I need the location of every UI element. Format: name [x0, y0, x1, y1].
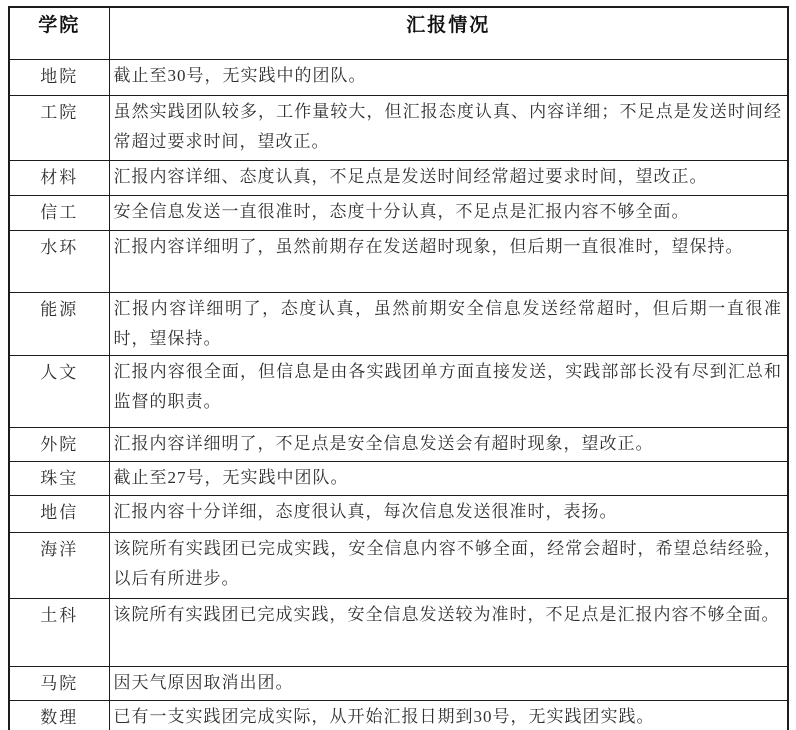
- college-cell: 人文: [9, 355, 109, 427]
- table-row: 材料 汇报内容详细、态度认真，不足点是发送时间经常超过要求时间，望改正。: [9, 160, 788, 195]
- college-cell: 马院: [9, 666, 109, 700]
- table-row: 地院 截止至30号，无实践中的团队。: [9, 59, 788, 95]
- report-cell: 汇报内容详细明了，虽然前期存在发送超时现象，但后期一直很准时，望保持。: [109, 230, 788, 292]
- report-cell: 该院所有实践团已完成实践，安全信息发送较为准时，不足点是汇报内容不够全面。: [109, 598, 788, 666]
- table-row: 能源 汇报内容详细明了，态度认真，虽然前期安全信息发送经常超时，但后期一直很准时…: [9, 292, 788, 355]
- table-row: 海洋 该院所有实践团已完成实践，安全信息内容不够全面，经常会超时，希望总结经验，…: [9, 532, 788, 598]
- college-cell: 地院: [9, 59, 109, 95]
- report-cell: 汇报内容详细明了，态度认真，虽然前期安全信息发送经常超时，但后期一直很准时，望保…: [109, 292, 788, 355]
- table-row: 外院 汇报内容详细明了，不足点是安全信息发送会有超时现象，望改正。: [9, 427, 788, 461]
- college-cell: 数理: [9, 700, 109, 730]
- college-cell: 水环: [9, 230, 109, 292]
- document-page: 学院 汇报情况 地院 截止至30号，无实践中的团队。 工院 虽然实践团队较多，工…: [0, 0, 796, 730]
- report-cell: 因天气原因取消出团。: [109, 666, 788, 700]
- report-cell: 已有一支实践团完成实际，从开始汇报日期到30号，无实践团实践。: [109, 700, 788, 730]
- report-cell: 汇报内容十分详细，态度很认真，每次信息发送很准时，表扬。: [109, 495, 788, 532]
- column-header-college: 学院: [9, 7, 109, 59]
- college-cell: 能源: [9, 292, 109, 355]
- table-row: 工院 虽然实践团队较多，工作量较大，但汇报态度认真、内容详细；不足点是发送时间经…: [9, 95, 788, 160]
- report-table: 学院 汇报情况 地院 截止至30号，无实践中的团队。 工院 虽然实践团队较多，工…: [8, 6, 789, 730]
- college-cell: 海洋: [9, 532, 109, 598]
- table-row: 水环 汇报内容详细明了，虽然前期存在发送超时现象，但后期一直很准时，望保持。: [9, 230, 788, 292]
- college-cell: 地信: [9, 495, 109, 532]
- table-row: 马院 因天气原因取消出团。: [9, 666, 788, 700]
- report-cell: 汇报内容详细明了，不足点是安全信息发送会有超时现象，望改正。: [109, 427, 788, 461]
- table-row: 地信 汇报内容十分详细，态度很认真，每次信息发送很准时，表扬。: [9, 495, 788, 532]
- college-cell: 材料: [9, 160, 109, 195]
- college-cell: 信工: [9, 195, 109, 230]
- college-cell: 外院: [9, 427, 109, 461]
- report-cell: 截止至30号，无实践中的团队。: [109, 59, 788, 95]
- college-cell: 土科: [9, 598, 109, 666]
- report-cell: 截止至27号，无实践中团队。: [109, 461, 788, 495]
- table-row: 信工 安全信息发送一直很准时，态度十分认真，不足点是汇报内容不够全面。: [9, 195, 788, 230]
- table-row: 土科 该院所有实践团已完成实践，安全信息发送较为准时，不足点是汇报内容不够全面。: [9, 598, 788, 666]
- college-cell: 工院: [9, 95, 109, 160]
- report-cell: 汇报内容很全面，但信息是由各实践团单方面直接发送，实践部部长没有尽到汇总和监督的…: [109, 355, 788, 427]
- table-header-row: 学院 汇报情况: [9, 7, 788, 59]
- report-cell: 虽然实践团队较多，工作量较大，但汇报态度认真、内容详细；不足点是发送时间经常超过…: [109, 95, 788, 160]
- column-header-report: 汇报情况: [109, 7, 788, 59]
- report-cell: 该院所有实践团已完成实践，安全信息内容不够全面，经常会超时，希望总结经验，以后有…: [109, 532, 788, 598]
- report-cell: 汇报内容详细、态度认真，不足点是发送时间经常超过要求时间，望改正。: [109, 160, 788, 195]
- college-cell: 珠宝: [9, 461, 109, 495]
- report-cell: 安全信息发送一直很准时，态度十分认真，不足点是汇报内容不够全面。: [109, 195, 788, 230]
- table-row: 珠宝 截止至27号，无实践中团队。: [9, 461, 788, 495]
- table-row: 数理 已有一支实践团完成实际，从开始汇报日期到30号，无实践团实践。: [9, 700, 788, 730]
- table-row: 人文 汇报内容很全面，但信息是由各实践团单方面直接发送，实践部部长没有尽到汇总和…: [9, 355, 788, 427]
